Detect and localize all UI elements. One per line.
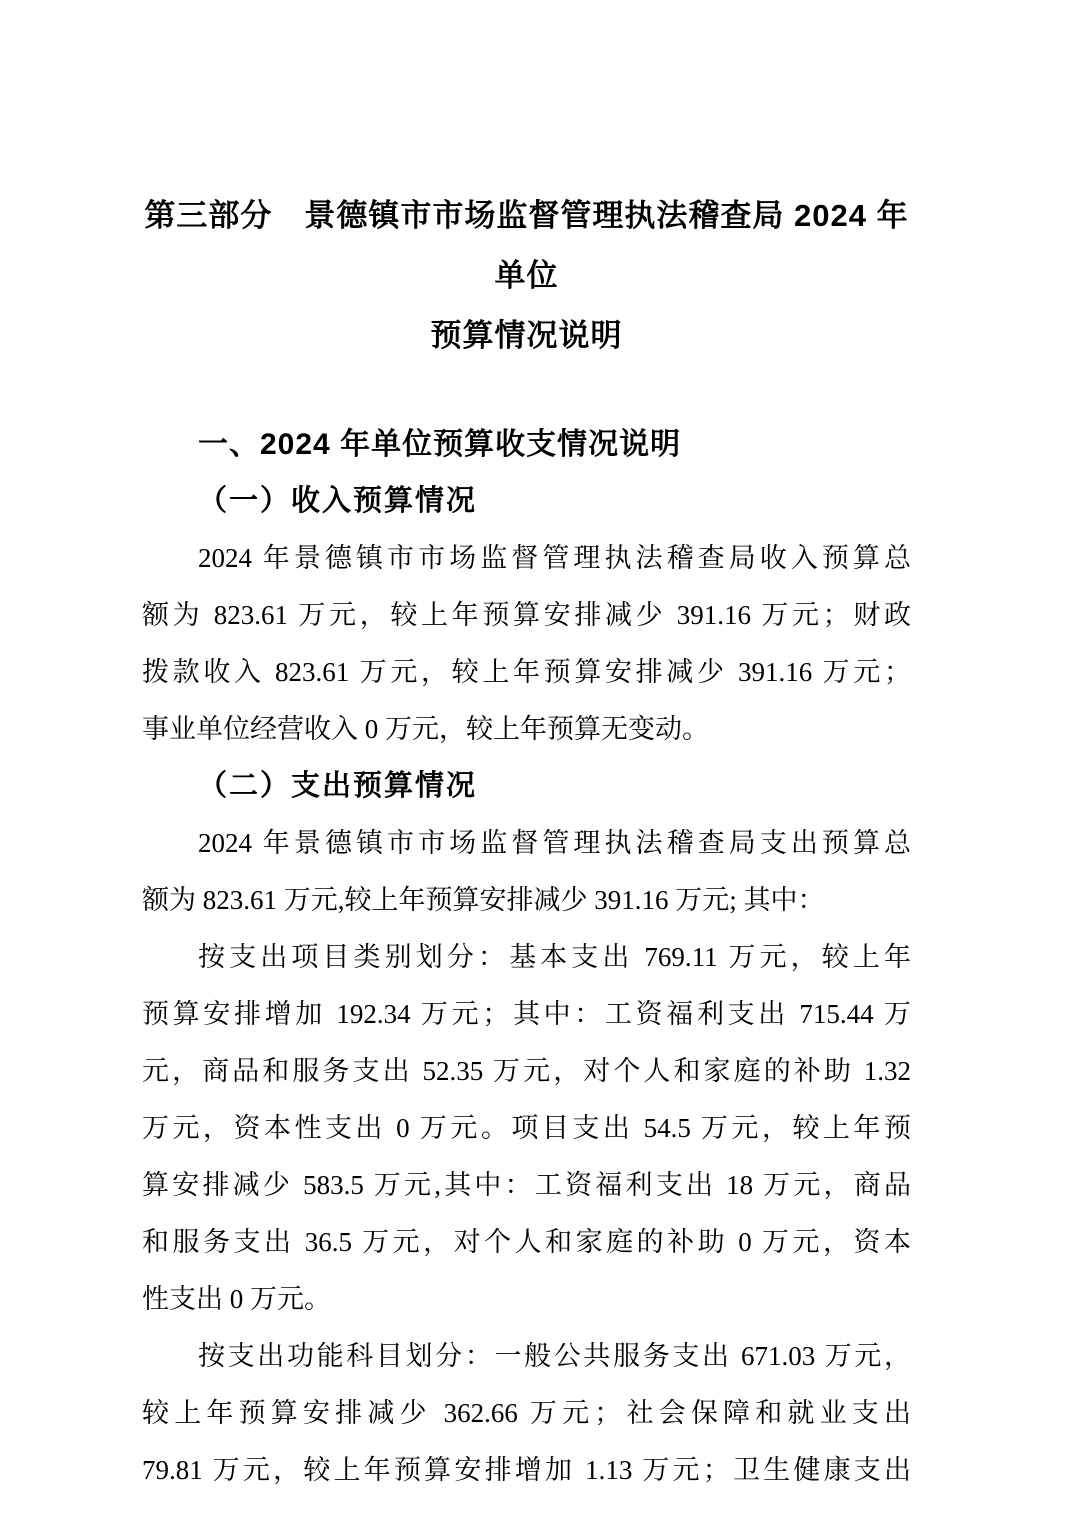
text-line: 较上年预算安排减少 362.66 万元；社会保障和就业支出	[142, 1385, 911, 1442]
text-line: 额为 823.61 万元,较上年预算安排减少 391.16 万元; 其中：	[142, 872, 911, 929]
text-line: 性支出 0 万元。	[142, 1271, 911, 1328]
text-line: 算安排减少 583.5 万元,其中：工资福利支出 18 万元，商品	[142, 1157, 911, 1214]
sub-section-heading: （二）支出预算情况	[142, 758, 911, 815]
text-line: 万元，资本性支出 0 万元。项目支出 54.5 万元，较上年预	[142, 1100, 911, 1157]
text-line: 和服务支出 36.5 万元，对个人和家庭的补助 0 万元，资本	[142, 1214, 911, 1271]
document-title: 第三部分 景德镇市市场监督管理执法稽查局 2024 年单位 预算情况说明	[142, 186, 911, 366]
paragraph: 按支出项目类别划分：基本支出 769.11 万元，较上年预算安排增加 192.3…	[142, 929, 911, 1328]
document-title-line-2: 预算情况说明	[142, 306, 911, 366]
text-line: 元，商品和服务支出 52.35 万元，对个人和家庭的补助 1.32	[142, 1043, 911, 1100]
text-line: 预算安排增加 192.34 万元；其中：工资福利支出 715.44 万	[142, 986, 911, 1043]
document-body: 一、2024 年单位预算收支情况说明（一）收入预算情况2024 年景德镇市市场监…	[142, 416, 911, 1499]
text-line: 拨款收入 823.61 万元，较上年预算安排减少 391.16 万元；	[142, 644, 911, 701]
document-title-line-1: 第三部分 景德镇市市场监督管理执法稽查局 2024 年单位	[142, 186, 911, 306]
sub-section-heading: （一）收入预算情况	[142, 473, 911, 530]
text-line: 按支出项目类别划分：基本支出 769.11 万元，较上年	[142, 929, 911, 986]
document-page: 第三部分 景德镇市市场监督管理执法稽查局 2024 年单位 预算情况说明 一、2…	[0, 0, 1074, 1520]
document-content: 第三部分 景德镇市市场监督管理执法稽查局 2024 年单位 预算情况说明 一、2…	[142, 0, 911, 1499]
paragraph: 按支出功能科目划分：一般公共服务支出 671.03 万元，较上年预算安排减少 3…	[142, 1328, 911, 1499]
text-line: 按支出功能科目划分：一般公共服务支出 671.03 万元，	[142, 1328, 911, 1385]
section-heading: 一、2024 年单位预算收支情况说明	[142, 416, 911, 473]
text-line: 2024 年景德镇市市场监督管理执法稽查局支出预算总	[142, 815, 911, 872]
text-line: 事业单位经营收入 0 万元，较上年预算无变动。	[142, 701, 911, 758]
text-line: 2024 年景德镇市市场监督管理执法稽查局收入预算总	[142, 530, 911, 587]
paragraph: 2024 年景德镇市市场监督管理执法稽查局支出预算总额为 823.61 万元,较…	[142, 815, 911, 929]
text-line: 额为 823.61 万元，较上年预算安排减少 391.16 万元；财政	[142, 587, 911, 644]
text-line: 79.81 万元，较上年预算安排增加 1.13 万元；卫生健康支出	[142, 1442, 911, 1499]
paragraph: 2024 年景德镇市市场监督管理执法稽查局收入预算总额为 823.61 万元，较…	[142, 530, 911, 758]
